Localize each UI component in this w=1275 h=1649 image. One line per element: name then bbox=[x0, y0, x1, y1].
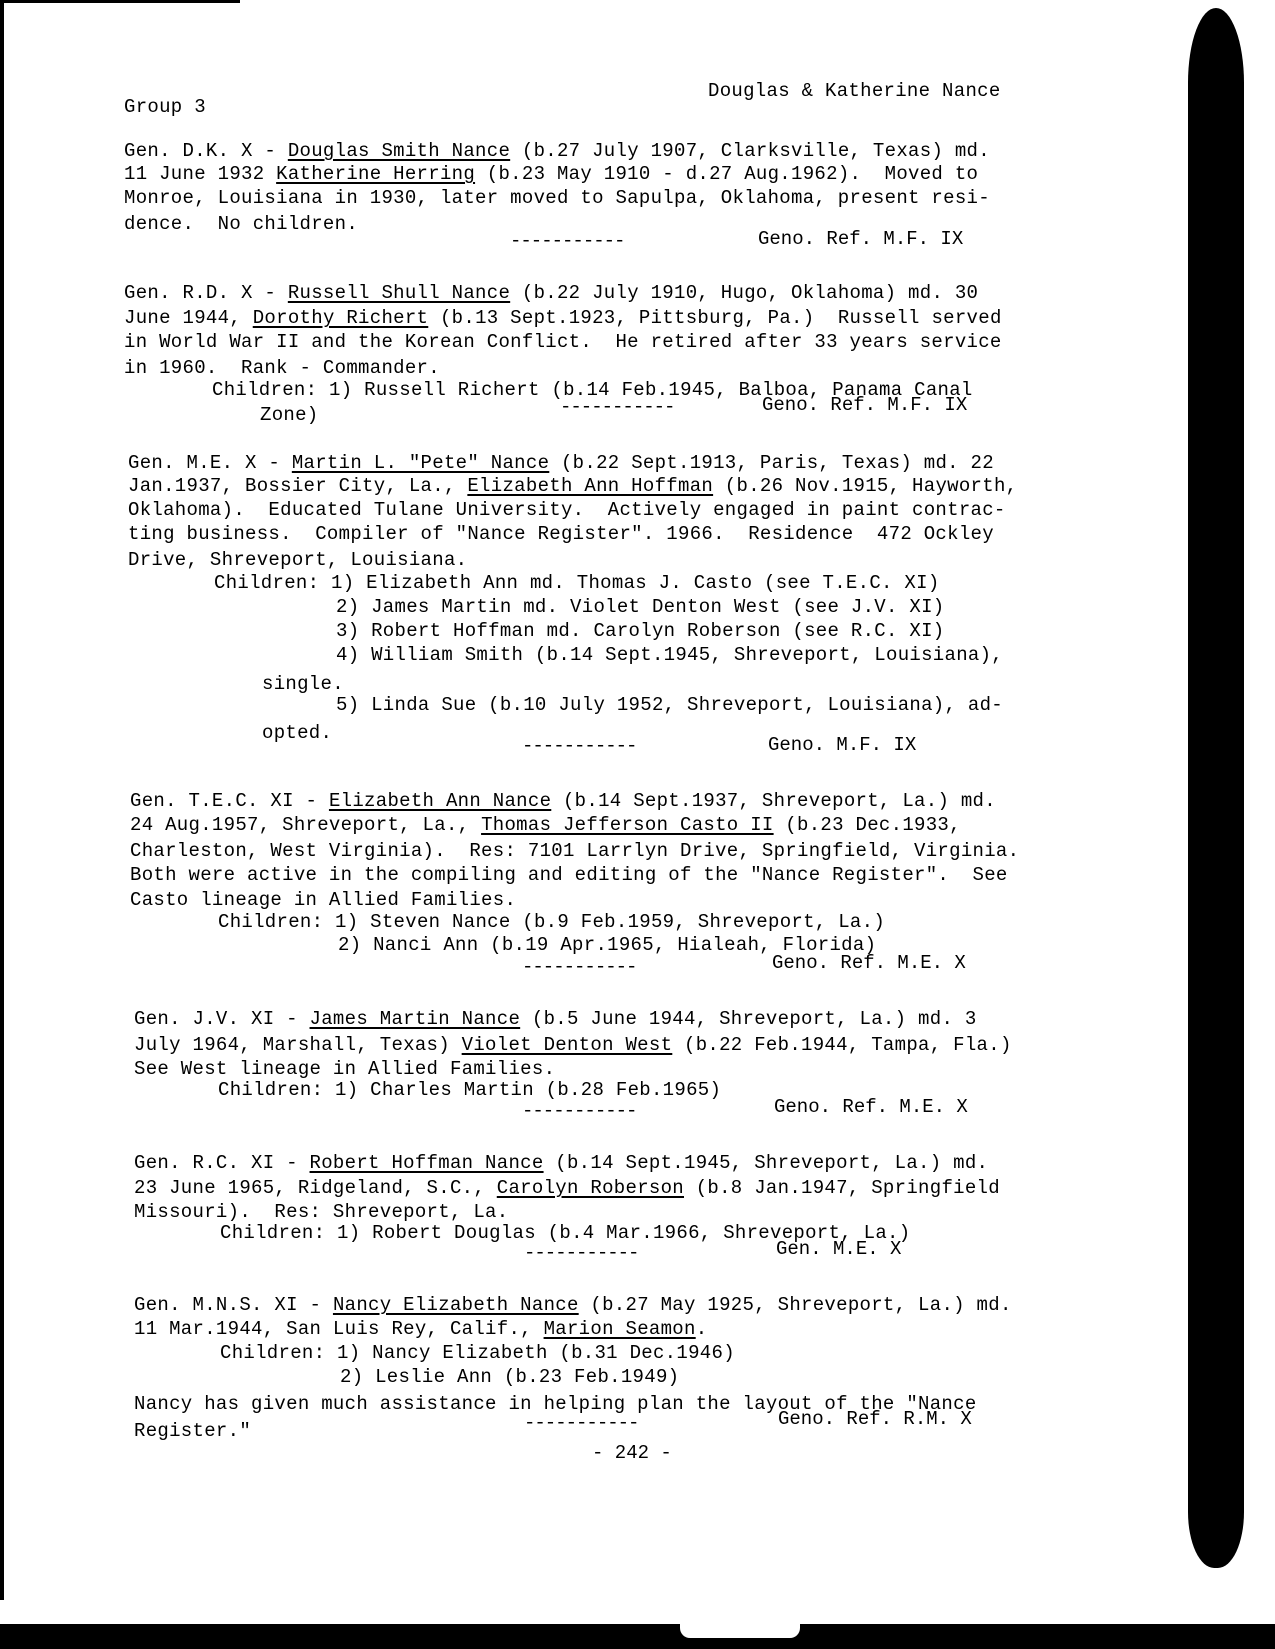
entry-line: 23 June 1965, Ridgeland, S.C., Carolyn R… bbox=[134, 1177, 1000, 1199]
geno-ref: Geno. M.F. IX bbox=[768, 734, 916, 756]
children-label: Children: bbox=[212, 379, 317, 401]
separator: ----------- bbox=[522, 1100, 636, 1122]
entry-line: Casto lineage in Allied Families. bbox=[130, 889, 516, 911]
children-line: Children: 1) Steven Nance (b.9 Feb.1959,… bbox=[218, 911, 885, 933]
entry-line: Gen. M.E. X - Martin L. "Pete" Nance (b.… bbox=[128, 452, 994, 474]
gen-code: Gen. R.C. XI - bbox=[134, 1152, 310, 1174]
children-label: Children: bbox=[218, 911, 323, 933]
entry-text: (b.5 June 1944, Shreveport, La.) md. 3 bbox=[520, 1008, 976, 1030]
entry-text: . bbox=[696, 1318, 708, 1340]
child-item: 1) Charles Martin (b.28 Feb.1965) bbox=[335, 1079, 721, 1101]
group-label: Group 3 bbox=[124, 96, 206, 118]
gen-code: Gen. T.E.C. XI - bbox=[130, 790, 329, 812]
person-name: Martin L. "Pete" Nance bbox=[292, 452, 549, 474]
entry-text: (b.23 May 1910 - d.27 Aug.1962). Moved t… bbox=[475, 163, 978, 185]
entry-line: July 1964, Marshall, Texas) Violet Dento… bbox=[134, 1034, 1012, 1056]
children-label: Children: bbox=[214, 572, 319, 594]
entry-line: Oklahoma). Educated Tulane University. A… bbox=[128, 499, 1006, 521]
family-heading: Douglas & Katherine Nance bbox=[708, 80, 1001, 102]
entry-line: Charleston, West Virginia). Res: 7101 La… bbox=[130, 840, 1019, 862]
entry-text: (b.14 Sept.1937, Shreveport, La.) md. bbox=[551, 790, 996, 812]
separator: ----------- bbox=[524, 1412, 638, 1434]
children-line: Children: 1) Nancy Elizabeth (b.31 Dec.1… bbox=[220, 1342, 735, 1364]
gen-code: Gen. M.E. X - bbox=[128, 452, 292, 474]
scan-left-edge bbox=[0, 0, 4, 1600]
entry-line: in World War II and the Korean Conflict.… bbox=[124, 331, 1002, 353]
separator: ----------- bbox=[522, 956, 636, 978]
entry-text: (b.22 Feb.1944, Tampa, Fla.) bbox=[672, 1034, 1011, 1056]
entry-text: (b.22 Sept.1913, Paris, Texas) md. 22 bbox=[549, 452, 994, 474]
gen-code: Gen. R.D. X - bbox=[124, 282, 288, 304]
entry-text: 23 June 1965, Ridgeland, S.C., bbox=[134, 1177, 497, 1199]
geno-ref: Geno. Ref. M.E. X bbox=[774, 1096, 968, 1118]
person-name: James Martin Nance bbox=[310, 1008, 521, 1030]
geno-ref: Geno. Ref. M.F. IX bbox=[758, 228, 963, 250]
entry-note: Register." bbox=[134, 1420, 251, 1442]
entry-line: Gen. J.V. XI - James Martin Nance (b.5 J… bbox=[134, 1008, 977, 1030]
separator: ----------- bbox=[560, 396, 674, 418]
spouse-name: Marion Seamon bbox=[544, 1318, 696, 1340]
person-name: Nancy Elizabeth Nance bbox=[333, 1294, 579, 1316]
entry-text: 24 Aug.1957, Shreveport, La., bbox=[130, 814, 481, 836]
entry-line: Gen. T.E.C. XI - Elizabeth Ann Nance (b.… bbox=[130, 790, 996, 812]
entry-text: (b.27 May 1925, Shreveport, La.) md. bbox=[579, 1294, 1012, 1316]
entry-text: 11 Mar.1944, San Luis Rey, Calif., bbox=[134, 1318, 544, 1340]
entry-line: ting business. Compiler of "Nance Regist… bbox=[128, 523, 994, 545]
children-line: Children: 1) Charles Martin (b.28 Feb.19… bbox=[218, 1079, 721, 1101]
child-item: 2) Leslie Ann (b.23 Feb.1949) bbox=[340, 1366, 679, 1388]
child-item: 5) Linda Sue (b.10 July 1952, Shreveport… bbox=[336, 694, 1003, 716]
page-number: - 242 - bbox=[592, 1442, 672, 1464]
child-item: 2) James Martin md. Violet Denton West (… bbox=[336, 596, 945, 618]
entry-text: (b.27 July 1907, Clarksville, Texas) md. bbox=[510, 140, 990, 162]
entry-line: in 1960. Rank - Commander. bbox=[124, 357, 440, 379]
entry-text: June 1944, bbox=[124, 307, 253, 329]
geno-ref: Geno. Ref. M.F. IX bbox=[762, 394, 967, 416]
spouse-name: Elizabeth Ann Hoffman bbox=[467, 475, 713, 497]
scan-bottom-edge bbox=[0, 1624, 1275, 1649]
entry-text: (b.14 Sept.1945, Shreveport, La.) md. bbox=[544, 1152, 989, 1174]
entry-line: Gen. D.K. X - Douglas Smith Nance (b.27 … bbox=[124, 140, 990, 162]
spouse-name: Katherine Herring bbox=[276, 163, 475, 185]
entry-text: (b.8 Jan.1947, Springfield bbox=[684, 1177, 1000, 1199]
entry-line: Gen. R.D. X - Russell Shull Nance (b.22 … bbox=[124, 282, 978, 304]
entry-line: 24 Aug.1957, Shreveport, La., Thomas Jef… bbox=[130, 814, 961, 836]
child-item: 3) Robert Hoffman md. Carolyn Roberson (… bbox=[336, 620, 945, 642]
spouse-name: Carolyn Roberson bbox=[497, 1177, 684, 1199]
gen-code: Gen. M.N.S. XI - bbox=[134, 1294, 333, 1316]
entry-text: (b.26 Nov.1915, Hayworth, bbox=[713, 475, 1017, 497]
geno-ref: Gen. M.E. X bbox=[776, 1238, 901, 1260]
child-item: 1) Elizabeth Ann md. Thomas J. Casto (se… bbox=[331, 572, 940, 594]
entry-line: Drive, Shreveport, Louisiana. bbox=[128, 549, 467, 571]
person-name: Elizabeth Ann Nance bbox=[329, 790, 551, 812]
entry-line: Jan.1937, Bossier City, La., Elizabeth A… bbox=[128, 475, 1017, 497]
entry-line: See West lineage in Allied Families. bbox=[134, 1058, 555, 1080]
gen-code: Gen. D.K. X - bbox=[124, 140, 288, 162]
person-name: Douglas Smith Nance bbox=[288, 140, 510, 162]
entry-line: Gen. R.C. XI - Robert Hoffman Nance (b.1… bbox=[134, 1152, 988, 1174]
geno-ref: Geno. Ref. M.E. X bbox=[772, 952, 966, 974]
children-label: Children: bbox=[220, 1342, 325, 1364]
children-label: Children: bbox=[218, 1079, 323, 1101]
entry-text: (b.23 Dec.1933, bbox=[774, 814, 961, 836]
geno-ref: Geno. Ref. R.M. X bbox=[778, 1408, 972, 1430]
scan-top-edge bbox=[0, 0, 240, 3]
child-item-continued: Zone) bbox=[260, 404, 319, 426]
entry-line: June 1944, Dorothy Richert (b.13 Sept.19… bbox=[124, 307, 1002, 329]
entry-line: 11 June 1932 Katherine Herring (b.23 May… bbox=[124, 163, 978, 185]
children-label: Children: bbox=[220, 1222, 325, 1244]
person-name: Russell Shull Nance bbox=[288, 282, 510, 304]
entry-line: Both were active in the compiling and ed… bbox=[130, 864, 1008, 886]
separator: ----------- bbox=[524, 1242, 638, 1264]
spouse-name: Thomas Jefferson Casto II bbox=[481, 814, 774, 836]
scan-bottom-notch bbox=[680, 1618, 800, 1638]
entry-line: Monroe, Louisiana in 1930, later moved t… bbox=[124, 187, 990, 209]
child-item: 1) Steven Nance (b.9 Feb.1959, Shrevepor… bbox=[335, 911, 885, 933]
person-name: Robert Hoffman Nance bbox=[310, 1152, 544, 1174]
gen-code: Gen. J.V. XI - bbox=[134, 1008, 310, 1030]
children-line: Children: 1) Elizabeth Ann md. Thomas J.… bbox=[214, 572, 940, 594]
spouse-name: Dorothy Richert bbox=[253, 307, 429, 329]
child-item: 4) William Smith (b.14 Sept.1945, Shreve… bbox=[336, 644, 1003, 666]
child-item-continued: single. bbox=[262, 673, 344, 695]
spouse-name: Violet Denton West bbox=[462, 1034, 673, 1056]
entry-line: Missouri). Res: Shreveport, La. bbox=[134, 1201, 508, 1223]
entry-line: Gen. M.N.S. XI - Nancy Elizabeth Nance (… bbox=[134, 1294, 1012, 1316]
entry-text: July 1964, Marshall, Texas) bbox=[134, 1034, 462, 1056]
entry-text: Jan.1937, Bossier City, La., bbox=[128, 475, 467, 497]
child-item-continued: opted. bbox=[262, 722, 332, 744]
entry-line: dence. No children. bbox=[124, 213, 358, 235]
separator: ----------- bbox=[522, 735, 636, 757]
entry-line: 11 Mar.1944, San Luis Rey, Calif., Mario… bbox=[134, 1318, 707, 1340]
child-item: 1) Nancy Elizabeth (b.31 Dec.1946) bbox=[337, 1342, 735, 1364]
entry-text: (b.13 Sept.1923, Pittsburg, Pa.) Russell… bbox=[428, 307, 1001, 329]
entry-text: 11 June 1932 bbox=[124, 163, 276, 185]
scan-binding-shadow bbox=[1188, 8, 1244, 1568]
entry-text: (b.22 July 1910, Hugo, Oklahoma) md. 30 bbox=[510, 282, 978, 304]
separator: ----------- bbox=[510, 230, 624, 252]
